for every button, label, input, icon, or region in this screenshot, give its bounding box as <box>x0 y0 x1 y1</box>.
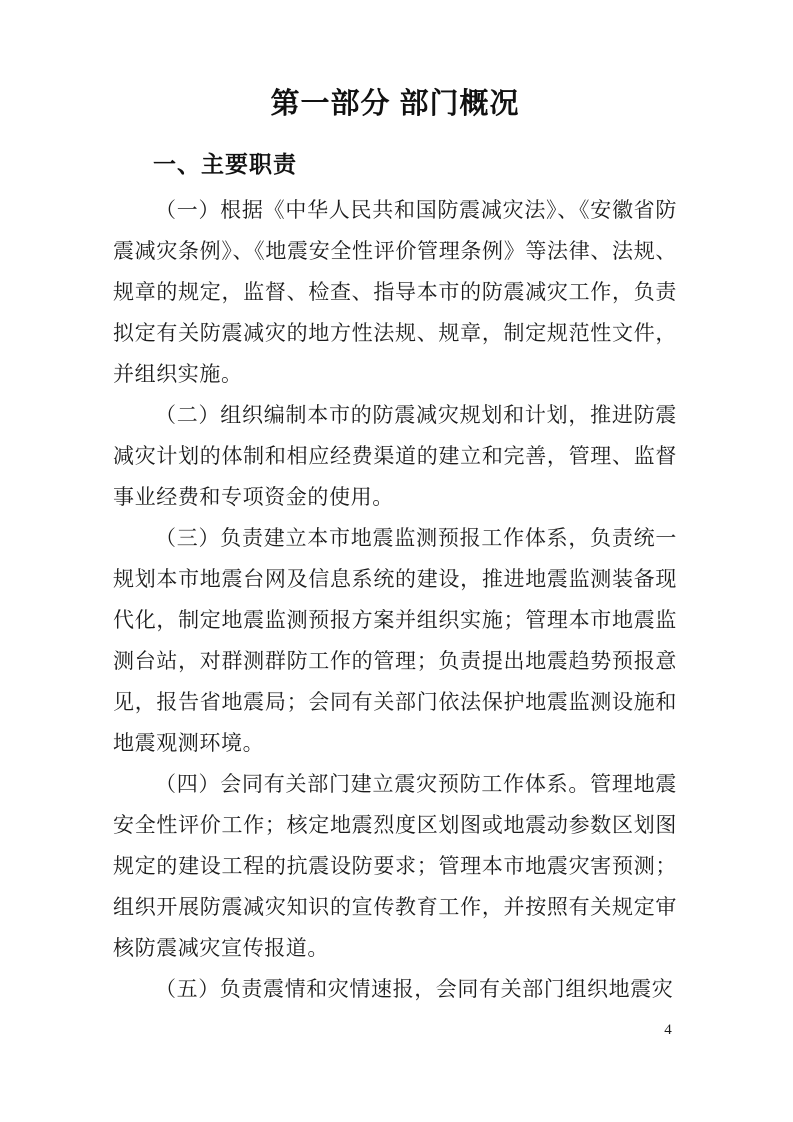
paragraph: （四）会同有关部门建立震灾预防工作体系。管理地震安全性评价工作；核定地震烈度区划… <box>113 764 677 969</box>
section-heading: 一、主要职责 <box>113 146 677 182</box>
paragraph: （五）负责震情和灾情速报，会同有关部门组织地震灾 <box>113 969 677 1010</box>
paragraph: （一）根据《中华人民共和国防震减灾法》、《安徽省防震减灾条例》、《地震安全性评价… <box>113 190 677 395</box>
document-page: 第一部分 部门概况 一、主要职责 （一）根据《中华人民共和国防震减灾法》、《安徽… <box>0 0 793 1122</box>
paragraph: （三）负责建立本市地震监测预报工作体系，负责统一规划本市地震台网及信息系统的建设… <box>113 518 677 764</box>
paragraphs: （一）根据《中华人民共和国防震减灾法》、《安徽省防震减灾条例》、《地震安全性评价… <box>113 190 677 1010</box>
document-title: 第一部分 部门概况 <box>113 82 677 126</box>
page-number: 4 <box>655 1020 681 1040</box>
paragraph: （二）组织编制本市的防震减灾规划和计划，推进防震减灾计划的体制和相应经费渠道的建… <box>113 395 677 518</box>
